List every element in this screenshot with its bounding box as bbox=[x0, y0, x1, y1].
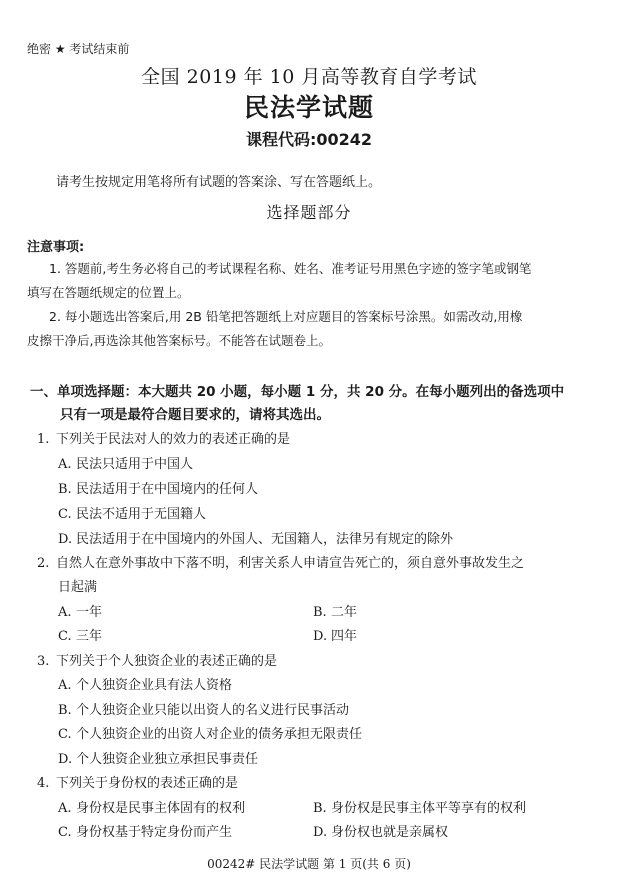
question-1-option-b: B.民法适用于在中国境内的任何人 bbox=[58, 478, 258, 497]
question-text: 下列关于民法对人的效力的表述正确的是 bbox=[56, 432, 290, 447]
question-text: 下列关于个人独资企业的表述正确的是 bbox=[56, 654, 277, 669]
question-4: 4.下列关于身份权的表述正确的是 bbox=[37, 772, 238, 791]
note-item-2: 2. 每小题选出答案后,用 2B 铅笔把答题纸上对应题目的答案标号涂黑。如需改动… bbox=[27, 305, 522, 353]
page-footer: 00242# 民法学试题 第 1 页(共 6 页) bbox=[0, 855, 618, 872]
part-one-header-continued: 只有一项是最符合题目要求的，请将其选出。 bbox=[60, 403, 330, 423]
note-item-1-line2: 填写在答题纸规定的位置上。 bbox=[27, 281, 531, 305]
question-4-option-a: A.身份权是民事主体固有的权利 bbox=[58, 797, 245, 816]
question-number: 4. bbox=[37, 776, 56, 791]
question-3-option-d: D.个人独资企业独立承担民事责任 bbox=[58, 748, 258, 767]
question-2: 2.自然人在意外事故中下落不明，利害关系人申请宣告死亡的，须自意外事故发生之 bbox=[37, 552, 524, 571]
confidentiality-mark: 绝密 ★ 考试结束前 bbox=[27, 40, 129, 57]
question-2-text-continued: 日起满 bbox=[58, 576, 97, 595]
note-item-2-line1: 2. 每小题选出答案后,用 2B 铅笔把答题纸上对应题目的答案标号涂黑。如需改动… bbox=[27, 305, 522, 329]
question-text: 下列关于身份权的表述正确的是 bbox=[56, 776, 238, 791]
question-1: 1.下列关于民法对人的效力的表述正确的是 bbox=[37, 428, 290, 447]
question-3-option-a: A.个人独资企业具有法人资格 bbox=[58, 674, 232, 693]
question-2-option-c: C.三年 bbox=[58, 625, 102, 644]
question-1-option-d: D.民法适用于在中国境内的外国人、无国籍人，法律另有规定的除外 bbox=[58, 528, 453, 547]
note-item-1-line1: 1. 答题前,考生务必将自己的考试课程名称、姓名、准考证号用黑色字迹的签字笔或钢… bbox=[27, 257, 531, 281]
question-4-option-c: C.身份权基于特定身份而产生 bbox=[58, 821, 232, 840]
course-code: 课程代码:00242 bbox=[0, 127, 618, 150]
question-4-option-b: B.身份权是民事主体平等享有的权利 bbox=[313, 797, 526, 816]
notes-title: 注意事项: bbox=[27, 236, 84, 255]
question-3-option-c: C.个人独资企业的出资人对企业的债务承担无限责任 bbox=[58, 723, 362, 742]
question-1-option-a: A.民法只适用于中国人 bbox=[58, 453, 193, 472]
question-3-option-b: B.个人独资企业只能以出资人的名义进行民事活动 bbox=[58, 699, 349, 718]
question-number: 3. bbox=[37, 654, 56, 669]
question-text: 自然人在意外事故中下落不明，利害关系人申请宣告死亡的，须自意外事故发生之 bbox=[56, 556, 524, 571]
question-1-option-c: C.民法不适用于无国籍人 bbox=[58, 503, 206, 522]
question-number: 2. bbox=[37, 556, 56, 571]
question-3: 3.下列关于个人独资企业的表述正确的是 bbox=[37, 650, 277, 669]
question-2-option-a: A.一年 bbox=[58, 601, 102, 620]
exam-title: 全国 2019 年 10 月高等教育自学考试 bbox=[0, 62, 618, 89]
note-item-2-line2: 皮擦干净后,再选涂其他答案标号。不能答在试题卷上。 bbox=[27, 329, 522, 353]
subject-title: 民法学试题 bbox=[0, 88, 618, 124]
general-instruction: 请考生按规定用笔将所有试题的答案涂、写在答题纸上。 bbox=[56, 171, 381, 190]
question-2-option-d: D.四年 bbox=[313, 625, 357, 644]
question-4-option-d: D.身份权也就是亲属权 bbox=[313, 821, 448, 840]
question-number: 1. bbox=[37, 432, 56, 447]
question-2-option-b: B.二年 bbox=[313, 601, 357, 620]
section-title: 选择题部分 bbox=[0, 200, 618, 223]
note-item-1: 1. 答题前,考生务必将自己的考试课程名称、姓名、准考证号用黑色字迹的签字笔或钢… bbox=[27, 257, 531, 305]
part-one-header: 一、单项选择题：本大题共 20 小题，每小题 1 分，共 20 分。在每小题列出… bbox=[30, 380, 564, 400]
